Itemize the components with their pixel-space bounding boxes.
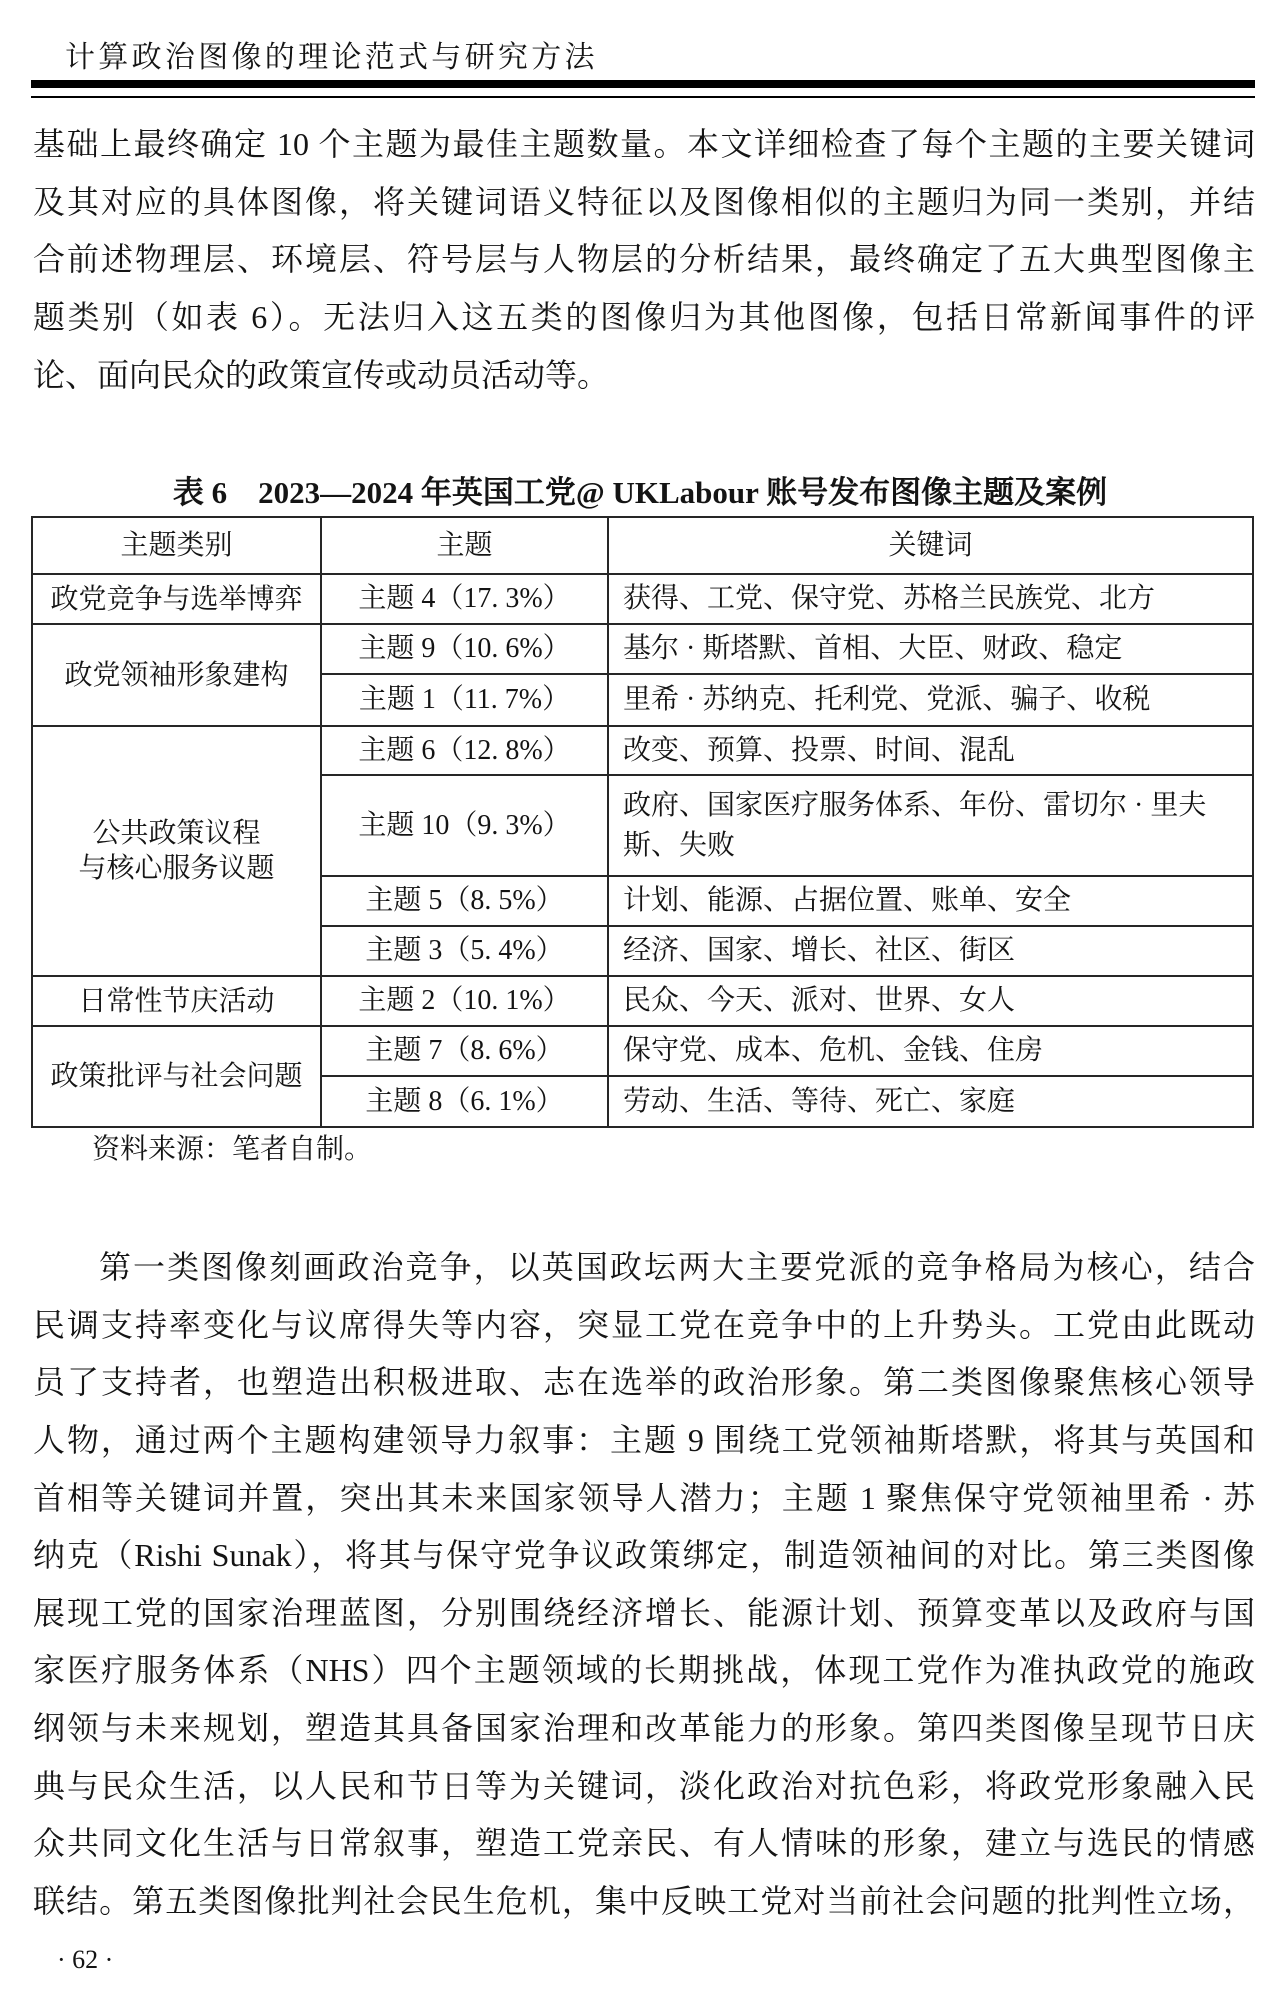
keywords-text: 基尔 · 斯塔默、首相、大臣、财政、稳定 — [623, 629, 1242, 669]
table-row: 政党竞争与选举博弈 主题 4（17. 3%） 获得、工党、保守党、苏格兰民族党、… — [32, 574, 1253, 624]
paragraph-line: 众共同文化生活与日常叙事，塑造工党亲民、有人情味的形象，建立与选民的情感 — [33, 1815, 1255, 1873]
category-cell: 公共政策议程 与核心服务议题 — [32, 726, 321, 976]
keywords-text: 经济、国家、增长、社区、街区 — [623, 931, 1242, 971]
paragraph-line: 纳克（Rishi Sunak），将其与保守党争议政策绑定，制造领袖间的对比。第三… — [33, 1527, 1255, 1585]
category-label: 政党领袖形象建构 — [33, 658, 320, 693]
category-label: 公共政策议程 — [33, 816, 320, 851]
keywords-cell: 计划、能源、占据位置、账单、安全 — [608, 876, 1253, 926]
keywords-text: 计划、能源、占据位置、账单、安全 — [623, 881, 1242, 921]
topic-cell: 主题 8（6. 1%） — [321, 1076, 608, 1127]
paragraph-line: 家医疗服务体系（NHS）四个主题领域的长期挑战，体现工党作为准执政党的施政 — [33, 1642, 1255, 1700]
keywords-text: 里希 · 苏纳克、托利党、党派、骗子、收税 — [623, 680, 1242, 720]
paragraph-1: 基础上最终确定 10 个主题为最佳主题数量。本文详细检查了每个主题的主要关键词 … — [33, 116, 1255, 404]
table-row: 日常性节庆活动 主题 2（10. 1%） 民众、今天、派对、世界、女人 — [32, 976, 1253, 1026]
page-number: · 62 · — [57, 1944, 113, 1976]
category-label: 与核心服务议题 — [33, 851, 320, 886]
paragraph-line: 典与民众生活，以人民和节日等为关键词，淡化政治对抗色彩，将政党形象融入民 — [33, 1758, 1255, 1816]
topic-cell: 主题 9（10. 6%） — [321, 624, 608, 674]
paragraph-line: 题类别（如表 6）。无法归入这五类的图像归为其他图像，包括日常新闻事件的评 — [33, 289, 1255, 347]
keywords-cell: 获得、工党、保守党、苏格兰民族党、北方 — [608, 574, 1253, 624]
keywords-text: 斯、失败 — [623, 826, 1242, 866]
table-header-category: 主题类别 — [32, 517, 321, 574]
keywords-cell: 劳动、生活、等待、死亡、家庭 — [608, 1076, 1253, 1127]
paragraph-line: 合前述物理层、环境层、符号层与人物层的分析结果，最终确定了五大典型图像主 — [33, 231, 1255, 289]
keywords-cell: 保守党、成本、危机、金钱、住房 — [608, 1026, 1253, 1076]
category-cell: 政党竞争与选举博弈 — [32, 574, 321, 624]
table-row: 政党领袖形象建构 主题 9（10. 6%） 基尔 · 斯塔默、首相、大臣、财政、… — [32, 624, 1253, 674]
category-cell: 日常性节庆活动 — [32, 976, 321, 1026]
paragraph-line: 纲领与未来规划，塑造其具备国家治理和改革能力的形象。第四类图像呈现节日庆 — [33, 1700, 1255, 1758]
paragraph-line: 基础上最终确定 10 个主题为最佳主题数量。本文详细检查了每个主题的主要关键词 — [33, 116, 1255, 174]
table-row: 政策批评与社会问题 主题 7（8. 6%） 保守党、成本、危机、金钱、住房 — [32, 1026, 1253, 1076]
keywords-text: 改变、预算、投票、时间、混乱 — [623, 731, 1242, 771]
keywords-cell: 民众、今天、派对、世界、女人 — [608, 976, 1253, 1026]
topic-cell: 主题 6（12. 8%） — [321, 726, 608, 775]
category-cell: 政党领袖形象建构 — [32, 624, 321, 726]
keywords-text: 民众、今天、派对、世界、女人 — [623, 981, 1242, 1021]
paragraph-line: 首相等关键词并置，突出其未来国家领导人潜力；主题 1 聚焦保守党领袖里希 · 苏 — [33, 1470, 1255, 1528]
paragraph-line: 第一类图像刻画政治竞争，以英国政坛两大主要党派的竞争格局为核心，结合 — [33, 1239, 1255, 1297]
running-header: 计算政治图像的理论范式与研究方法 — [65, 38, 598, 78]
keywords-cell: 经济、国家、增长、社区、街区 — [608, 926, 1253, 976]
topic-cell: 主题 10（9. 3%） — [321, 775, 608, 876]
category-label: 政党竞争与选举博弈 — [33, 582, 320, 617]
theme-table: 主题类别 主题 关键词 政党竞争与选举博弈 主题 4（17. 3%） 获得、工党… — [31, 516, 1254, 1128]
paragraph-line: 联结。第五类图像批判社会民生危机，集中反映工党对当前社会问题的批判性立场， — [33, 1873, 1255, 1931]
keywords-cell: 政府、国家医疗服务体系、年份、雷切尔 · 里夫 斯、失败 — [608, 775, 1253, 876]
table-header-row: 主题类别 主题 关键词 — [32, 517, 1253, 574]
category-label: 政策批评与社会问题 — [33, 1059, 320, 1094]
topic-cell: 主题 3（5. 4%） — [321, 926, 608, 976]
table-header-topic: 主题 — [321, 517, 608, 574]
paragraph-line: 展现工党的国家治理蓝图，分别围绕经济增长、能源计划、预算变革以及政府与国 — [33, 1585, 1255, 1643]
keywords-text: 劳动、生活、等待、死亡、家庭 — [623, 1082, 1242, 1122]
keywords-text: 政府、国家医疗服务体系、年份、雷切尔 · 里夫 — [623, 786, 1242, 826]
paragraph-line: 及其对应的具体图像，将关键词语义特征以及图像相似的主题归为同一类别，并结 — [33, 174, 1255, 232]
paragraph-line: 民调支持率变化与议席得失等内容，突显工党在竞争中的上升势头。工党由此既动 — [33, 1297, 1255, 1355]
paragraph-2: 第一类图像刻画政治竞争，以英国政坛两大主要党派的竞争格局为核心，结合 民调支持率… — [33, 1239, 1255, 1930]
topic-cell: 主题 2（10. 1%） — [321, 976, 608, 1026]
keywords-cell: 里希 · 苏纳克、托利党、党派、骗子、收税 — [608, 674, 1253, 726]
category-cell: 政策批评与社会问题 — [32, 1026, 321, 1127]
keywords-text: 保守党、成本、危机、金钱、住房 — [623, 1031, 1242, 1071]
paragraph-line: 论、面向民众的政策宣传或动员活动等。 — [33, 347, 1255, 405]
category-label: 日常性节庆活动 — [33, 984, 320, 1019]
keywords-cell: 基尔 · 斯塔默、首相、大臣、财政、稳定 — [608, 624, 1253, 674]
header-rule-thin — [31, 96, 1255, 98]
topic-cell: 主题 5（8. 5%） — [321, 876, 608, 926]
table-caption: 表 6 2023—2024 年英国工党@ UKLabour 账号发布图像主题及案… — [0, 472, 1280, 514]
keywords-cell: 改变、预算、投票、时间、混乱 — [608, 726, 1253, 775]
topic-cell: 主题 7（8. 6%） — [321, 1026, 608, 1076]
table-header-keywords: 关键词 — [608, 517, 1253, 574]
keywords-text: 获得、工党、保守党、苏格兰民族党、北方 — [623, 579, 1242, 619]
source-note: 资料来源：笔者自制。 — [92, 1132, 372, 1168]
paragraph-line: 员了支持者，也塑造出积极进取、志在选举的政治形象。第二类图像聚焦核心领导 — [33, 1354, 1255, 1412]
table-row: 公共政策议程 与核心服务议题 主题 6（12. 8%） 改变、预算、投票、时间、… — [32, 726, 1253, 775]
topic-cell: 主题 1（11. 7%） — [321, 674, 608, 726]
topic-cell: 主题 4（17. 3%） — [321, 574, 608, 624]
paragraph-line: 人物，通过两个主题构建领导力叙事：主题 9 围绕工党领袖斯塔默，将其与英国和 — [33, 1412, 1255, 1470]
header-rule-thick — [31, 80, 1255, 88]
